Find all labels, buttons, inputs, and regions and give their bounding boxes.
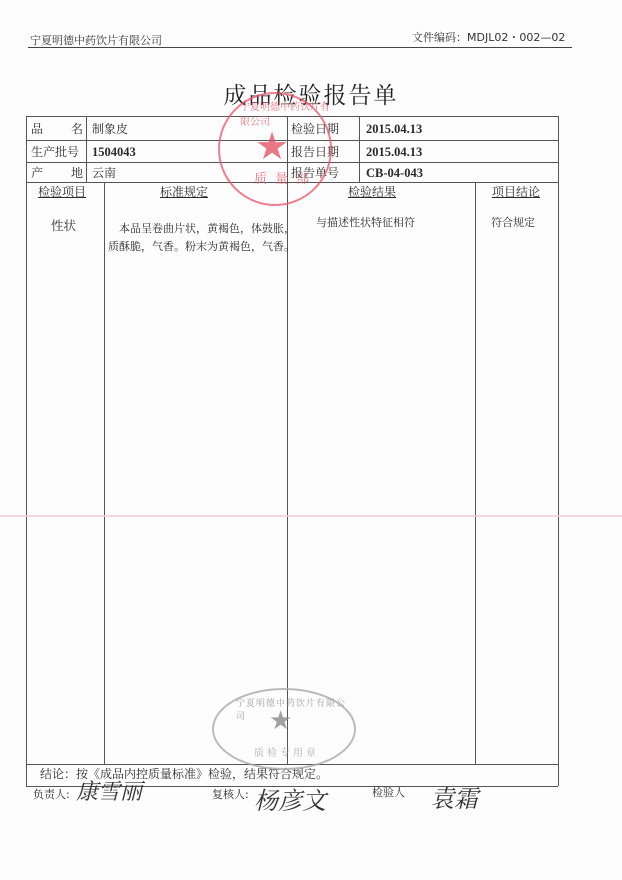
batch-value: 1504043 (92, 145, 136, 159)
stamp-bottom-text: 质量部 (254, 168, 317, 187)
label-char: 品 (31, 122, 43, 136)
document-code: 文件编码：MDJL02・002—02 (412, 29, 565, 45)
table-border-right (558, 116, 559, 786)
inspector-label: 检验人 (372, 786, 405, 800)
standard-text-line1: 本品呈卷曲片状，黄褐色，体鼓胀， (119, 222, 295, 236)
inspection-stamp: 宁夏明德中药饮片有限公司 ★ 质检专用章 (212, 688, 356, 770)
origin-label: 产 地 (31, 166, 83, 180)
header-standard: 标准规定 (160, 185, 208, 199)
responsible-signature: 康雪丽 (76, 786, 142, 800)
product-name-label: 品 名 (31, 122, 83, 136)
report-no-value: CB-04-043 (366, 166, 423, 180)
star-icon: ★ (269, 706, 292, 736)
header-divider (28, 47, 572, 48)
col-divider (104, 182, 105, 764)
label-char: 名 (71, 122, 83, 136)
inspector-signature: 袁霜 (430, 792, 478, 806)
report-date-value: 2015.04.13 (366, 145, 422, 159)
result-text: 与描述性状特征相符 (316, 216, 415, 230)
reviewer-label: 复核人: (212, 788, 249, 802)
col-divider (86, 116, 87, 182)
item-name: 性状 (51, 219, 76, 233)
header-item: 检验项目 (38, 185, 86, 199)
batch-label: 生产批号 (31, 145, 79, 159)
col-divider (287, 116, 288, 764)
responsible-label: 负责人: (33, 788, 70, 802)
standard-text-line2: 质酥脆，气香。粉末为黄褐色，气香。 (108, 240, 295, 254)
company-name: 宁夏明德中药饮片有限公司 (30, 32, 162, 48)
header-conclusion: 项目结论 (492, 185, 540, 199)
stamp-bottom-text: 质检专用章 (254, 744, 319, 759)
star-icon: ★ (255, 124, 289, 168)
scan-line (0, 515, 622, 517)
origin-value: 云南 (92, 166, 116, 180)
reviewer-signature: 杨彦文 (254, 794, 326, 808)
label-char: 产 (31, 166, 43, 180)
col-divider (359, 116, 360, 182)
quality-dept-stamp: 宁夏明德中药饮片有限公司 ★ 质量部 (218, 92, 332, 206)
label-char: 地 (71, 166, 83, 180)
stamp-ring-text: 宁夏明德中药饮片有限公司 (236, 696, 354, 722)
col-divider (475, 182, 476, 764)
header-result: 检验结果 (348, 185, 396, 199)
table-border-left (26, 116, 27, 786)
inspect-date-value: 2015.04.13 (366, 122, 422, 136)
product-name-value: 制象皮 (92, 122, 128, 136)
conclusion-text: 符合规定 (491, 216, 535, 230)
